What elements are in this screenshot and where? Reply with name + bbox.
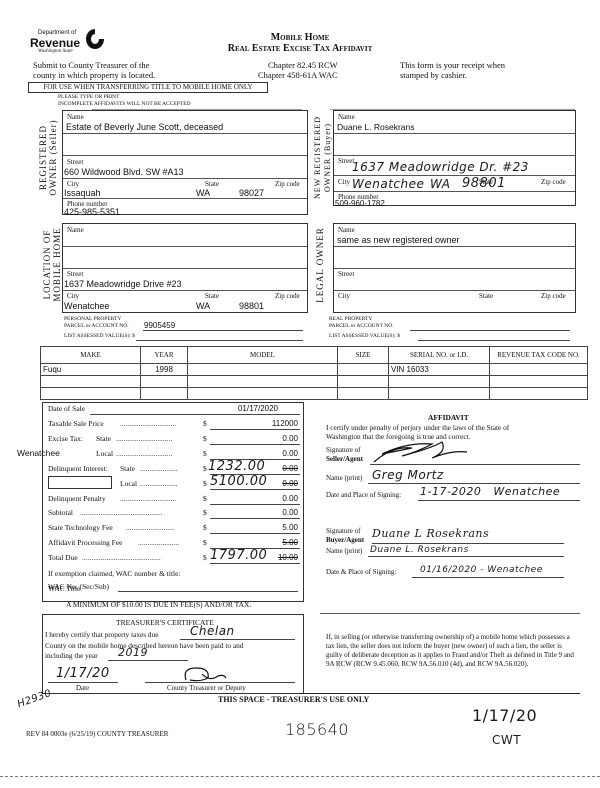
treasurer-year-field[interactable]: 2019	[118, 646, 148, 659]
di-local-label: Local	[120, 479, 137, 488]
seller-street-field[interactable]: 660 Wildwood Blvd. SW #A13	[64, 167, 184, 177]
sig-seller-label-2: Seller/Agent	[326, 455, 363, 464]
seller-phone-field[interactable]: 425-985-5351	[64, 207, 120, 217]
table-header-row: MAKE YEAR MODEL SIZE SERIAL NO. or I.D. …	[41, 347, 588, 364]
personal-property-label: PERSONAL PROPERTY	[64, 316, 121, 322]
form-number: REV 84 0003e (6/25/19) COUNTY TREASURER	[26, 730, 168, 738]
table-row	[41, 388, 588, 400]
seller-street-label: Street	[67, 158, 83, 166]
location-street-field[interactable]: 1637 Meadowridge Drive #23	[64, 279, 182, 289]
processing-fee-label: Affidavit Processing Fee	[48, 538, 122, 547]
seller-label-2: OWNER (Seller)	[48, 110, 58, 205]
location-street-label: Street	[67, 270, 83, 278]
buyer-name-print-label: Name (print)	[326, 547, 362, 555]
pp-assessed-label: LIST ASSESSED VALUE(S): $	[64, 333, 135, 339]
treasurer-date-label: Date	[76, 684, 89, 692]
cell-model[interactable]	[188, 388, 338, 400]
di-state-handwritten[interactable]: 1232.00	[208, 459, 265, 474]
total-due-struck-value: 10.00	[278, 553, 298, 562]
date-of-sale-value[interactable]: 01/17/2020	[238, 404, 278, 413]
legal-zip-label: Zip code	[541, 292, 566, 300]
excise-tax-label: Excise Tax:	[48, 434, 83, 443]
location-label-1: LOCATION OF	[42, 217, 52, 312]
di-local-handwritten[interactable]: 5100.00	[210, 474, 267, 489]
tax-lien-notice: If, in selling (or otherwise transferrin…	[326, 633, 574, 669]
processing-fee-struck-value: 5.00	[282, 538, 298, 547]
legal-name-label: Name	[338, 226, 355, 234]
treasurer-line3: including the year	[45, 651, 98, 660]
pp-parcel-label: PARCEL or ACCOUNT NO.	[64, 323, 129, 329]
processing-fee-row: Affidavit Processing Fee ...............…	[48, 538, 308, 550]
seller-state-field[interactable]: WA	[196, 188, 210, 198]
location-city-field[interactable]: Wenatchee	[64, 301, 109, 311]
handwritten-code: H2930	[16, 688, 53, 710]
subtotal-value[interactable]: 0.00	[282, 508, 298, 517]
location-city-label: City	[67, 292, 79, 300]
sig-buyer-label-1: Signature of	[326, 527, 364, 536]
buyer-city-label: City	[338, 178, 350, 186]
seller-zip-label: Zip code	[275, 180, 300, 188]
tech-fee-value[interactable]: 5.00	[282, 523, 298, 532]
cell-tax-code[interactable]	[490, 388, 588, 400]
cell-serial[interactable]	[389, 376, 490, 388]
receipt-note: This form is your receipt when stamped b…	[400, 60, 505, 80]
legal-city-label: City	[338, 292, 350, 300]
location-state-field[interactable]: WA	[196, 301, 210, 311]
location-zip-label: Zip code	[275, 292, 300, 300]
seller-name-field[interactable]: Estate of Beverly June Scott, deceased	[66, 122, 223, 132]
cell-make[interactable]	[41, 388, 141, 400]
treasurer-county-field[interactable]: Chelan	[190, 624, 235, 638]
buyer-block: Name Duane L. Rosekrans Street 1637 Mead…	[333, 110, 576, 206]
incomplete-notice: INCOMPLETE AFFIDAVITS WILL NOT BE ACCEPT…	[58, 101, 191, 107]
legal-owner-section-label: LEGAL OWNER	[315, 225, 325, 305]
sig-seller-label-1: Signature of	[326, 446, 363, 455]
buyer-signature-label: Signature of Buyer/Agent	[326, 527, 364, 545]
seller-zip-field[interactable]: 98027	[239, 188, 264, 198]
location-zip-field[interactable]: 98801	[239, 301, 264, 311]
tech-fee-row: State Technology Fee ...................…	[48, 523, 308, 535]
transfer-banner: FOR USE WHEN TRANSFERRING TITLE TO MOBIL…	[28, 82, 268, 93]
location-label-2: MOBILE HOME	[52, 217, 62, 312]
treasurer-deputy-label: County Treasurer or Deputy	[167, 684, 246, 692]
cell-size[interactable]	[338, 364, 389, 376]
taxable-price-row: Taxable Sale Price .....................…	[48, 419, 308, 431]
exemption-label: If exemption claimed, WAC number & title…	[48, 569, 181, 578]
cell-size[interactable]	[338, 376, 389, 388]
cell-serial[interactable]	[389, 388, 490, 400]
tech-fee-label: State Technology Fee	[48, 523, 113, 532]
rp-parcel-label: PARCEL or ACCOUNT NO.	[329, 323, 394, 329]
seller-signing-field[interactable]: 1-17-2020 Wenatchee	[420, 485, 560, 498]
date-of-sale-row: Date of Sale 01/17/2020	[48, 404, 308, 416]
penalty-label: Delinquent Penalty	[48, 494, 106, 503]
cell-year[interactable]	[141, 388, 188, 400]
sig-buyer-label-2: Buyer/Agent	[326, 536, 364, 545]
location-section-label: LOCATION OF MOBILE HOME	[42, 217, 62, 312]
taxable-price-label: Taxable Sale Price	[48, 419, 104, 428]
affidavit-title: AFFIDAVIT	[428, 413, 469, 422]
total-due-row: Total Due ..............................…	[48, 553, 308, 565]
bottom-scan-edge	[0, 776, 600, 777]
cell-tax-code[interactable]	[490, 376, 588, 388]
table-row: Fuqu 1998 VIN 16033	[41, 364, 588, 376]
submit-instructions: Submit to County Treasurer of the county…	[33, 60, 155, 80]
di-local-struck-value: 0.00	[282, 479, 298, 488]
location-block: Name Street 1637 Meadowridge Drive #23 C…	[62, 223, 308, 313]
legal-owner-block: Name same as new registered owner Street…	[333, 223, 576, 313]
seller-name-print-label: Name (print)	[326, 474, 362, 482]
buyer-name-field[interactable]: Duane L. Rosekrans	[337, 122, 415, 132]
buyer-city-field[interactable]: Wenatchee	[352, 177, 424, 191]
buyer-zip-label: Zip code	[541, 178, 566, 186]
location-state-label: State	[205, 292, 219, 300]
col-size: SIZE	[338, 347, 389, 364]
cell-year[interactable]: 1998	[141, 364, 188, 376]
cell-model[interactable]	[188, 376, 338, 388]
buyer-state-field[interactable]: WA	[430, 177, 450, 191]
form-title: Mobile Home Real Estate Excise Tax Affid…	[190, 32, 410, 54]
delinquent-state-row: Delinquent Interest: State .............…	[48, 464, 308, 476]
seller-name-print-field[interactable]: Greg Mortz	[372, 468, 444, 482]
delinquent-interest-label: Delinquent Interest:	[48, 464, 108, 473]
buyer-name-label: Name	[338, 113, 355, 121]
cell-make[interactable]: Fuqu	[41, 364, 141, 376]
buyer-label-1: NEW REGISTERED	[313, 110, 323, 205]
total-due-handwritten[interactable]: 1797.00	[210, 548, 267, 563]
minimum-notice: A MINIMUM OF $10.00 IS DUE IN FEE(S) AND…	[66, 600, 251, 609]
submit-line1: Submit to County Treasurer of the	[33, 60, 155, 70]
seller-state-label: State	[205, 180, 219, 188]
legal-street-label: Street	[338, 270, 354, 278]
seller-label-1: REGISTERED	[38, 110, 48, 205]
seller-signature-label: Signature of Seller/Agent	[326, 446, 363, 464]
penalty-value[interactable]: 0.00	[282, 494, 298, 503]
excise-state-label: State	[96, 434, 111, 443]
treasurer-signature[interactable]	[180, 664, 228, 684]
buyer-signing-label: Date & Place of Signing:	[326, 568, 396, 576]
col-tax-code: REVENUE TAX CODE NO.	[490, 347, 588, 364]
seller-city-label: City	[67, 180, 79, 188]
excise-state-value[interactable]: 0.00	[282, 434, 298, 443]
excise-local-label: Local	[96, 449, 113, 458]
excise-state-row: Excise Tax: State ......................…	[48, 434, 308, 446]
treasurer-use-only: THIS SPACE - TREASURER'S USE ONLY	[218, 695, 369, 704]
cell-tax-code[interactable]	[490, 364, 588, 376]
rp-assessed-label: LIST ASSESSED VALUE(S): $	[329, 333, 400, 339]
di-state-label: State	[120, 464, 135, 473]
buyer-signing-field[interactable]: 01/16/2020 - Wenatchee	[420, 565, 543, 575]
legal-state-label: State	[479, 292, 493, 300]
mobile-home-table: MAKE YEAR MODEL SIZE SERIAL NO. or I.D. …	[40, 346, 588, 400]
submit-line2: county in which property is located.	[33, 70, 155, 80]
chapter-wac: Chapter 458-61A WAC	[258, 70, 338, 80]
wac-no-field[interactable]	[118, 591, 298, 592]
real-property-label: REAL PROPERTY	[329, 316, 372, 322]
cell-year[interactable]	[141, 376, 188, 388]
chapter-rcw: Chapter 82.45 RCW	[258, 60, 338, 70]
seller-city-field[interactable]: Issaquah	[64, 188, 101, 198]
cell-size[interactable]	[338, 388, 389, 400]
treasurer-date-field[interactable]: 1/17/20	[56, 666, 110, 681]
col-year: YEAR	[141, 347, 188, 364]
dor-logo: Department of Revenue Washington State	[30, 28, 105, 54]
logo-name: Revenue	[30, 36, 80, 50]
table-row	[41, 376, 588, 388]
delinquent-local-row: Local .................... $ 5100.00 0.0…	[48, 479, 308, 491]
receipt-line2: stamped by cashier.	[400, 70, 505, 80]
buyer-zip-field[interactable]: 98801	[462, 176, 506, 191]
title-line1: Mobile Home	[190, 32, 410, 43]
buyer-label-2: OWNER (Buyer)	[323, 110, 333, 205]
title-line2: Real Estate Excise Tax Affidavit	[190, 43, 410, 54]
date-of-sale-label: Date of Sale	[48, 404, 85, 413]
chapter-refs: Chapter 82.45 RCW Chapter 458-61A WAC	[258, 60, 338, 80]
buyer-signature[interactable]: Duane L Rosekrans	[372, 527, 489, 540]
location-name-label: Name	[67, 226, 84, 234]
legal-owner-label: LEGAL OWNER	[315, 227, 325, 302]
buyer-name-print-field[interactable]: Duane L. Rosekrans	[370, 545, 469, 555]
buyer-street-field[interactable]: 1637 Meadowridge Dr. #23	[352, 160, 529, 174]
total-due-label: Total Due	[48, 553, 78, 562]
excise-local-value[interactable]: 0.00	[282, 449, 298, 458]
col-model: MODEL	[188, 347, 338, 364]
cell-make[interactable]	[41, 376, 141, 388]
seller-block: Name Estate of Beverly June Scott, decea…	[62, 110, 308, 215]
excise-local-row: Local .............................. $ 0…	[48, 449, 308, 461]
cell-serial[interactable]: VIN 16033	[389, 364, 490, 376]
type-notice: PLEASE TYPE OR PRINT	[58, 94, 119, 100]
subtotal-row: Subtotal ...............................…	[48, 508, 308, 520]
treasurer-line1: I hereby certify that property taxes due	[45, 630, 158, 639]
wac-title-label-visible: WAC Title	[48, 584, 80, 593]
penalty-row: Delinquent Penalty .....................…	[48, 494, 308, 506]
cell-model[interactable]	[188, 364, 338, 376]
affidavit-text-1: I certify under penalty of perjury under…	[326, 423, 509, 432]
stamp-initials: CWT	[492, 733, 521, 747]
seller-name-label: Name	[67, 113, 84, 121]
col-make: MAKE	[41, 347, 141, 364]
di-state-struck-value: 0.00	[282, 464, 298, 473]
revenue-swirl-icon	[85, 28, 105, 50]
seller-signature[interactable]	[372, 438, 472, 464]
buyer-phone-field[interactable]: 509-960-1782	[335, 199, 385, 209]
seller-section-label: REGISTERED OWNER (Seller)	[38, 110, 58, 205]
stamp-date: 1/17/20	[472, 706, 537, 725]
banner-text: FOR USE WHEN TRANSFERRING TITLE TO MOBIL…	[43, 83, 252, 91]
logo-state: Washington State	[38, 49, 73, 54]
subtotal-label: Subtotal	[48, 508, 73, 517]
col-serial: SERIAL NO. or I.D.	[389, 347, 490, 364]
buyer-section-label: NEW REGISTERED OWNER (Buyer)	[313, 110, 333, 205]
legal-name-field[interactable]: same as new registered owner	[337, 235, 460, 245]
receipt-line1: This form is your receipt when	[400, 60, 505, 70]
receipt-number: 185640	[285, 720, 349, 739]
seller-signing-label: Date and Place of Signing:	[326, 491, 401, 499]
taxable-price-value[interactable]: 112000	[272, 419, 298, 428]
